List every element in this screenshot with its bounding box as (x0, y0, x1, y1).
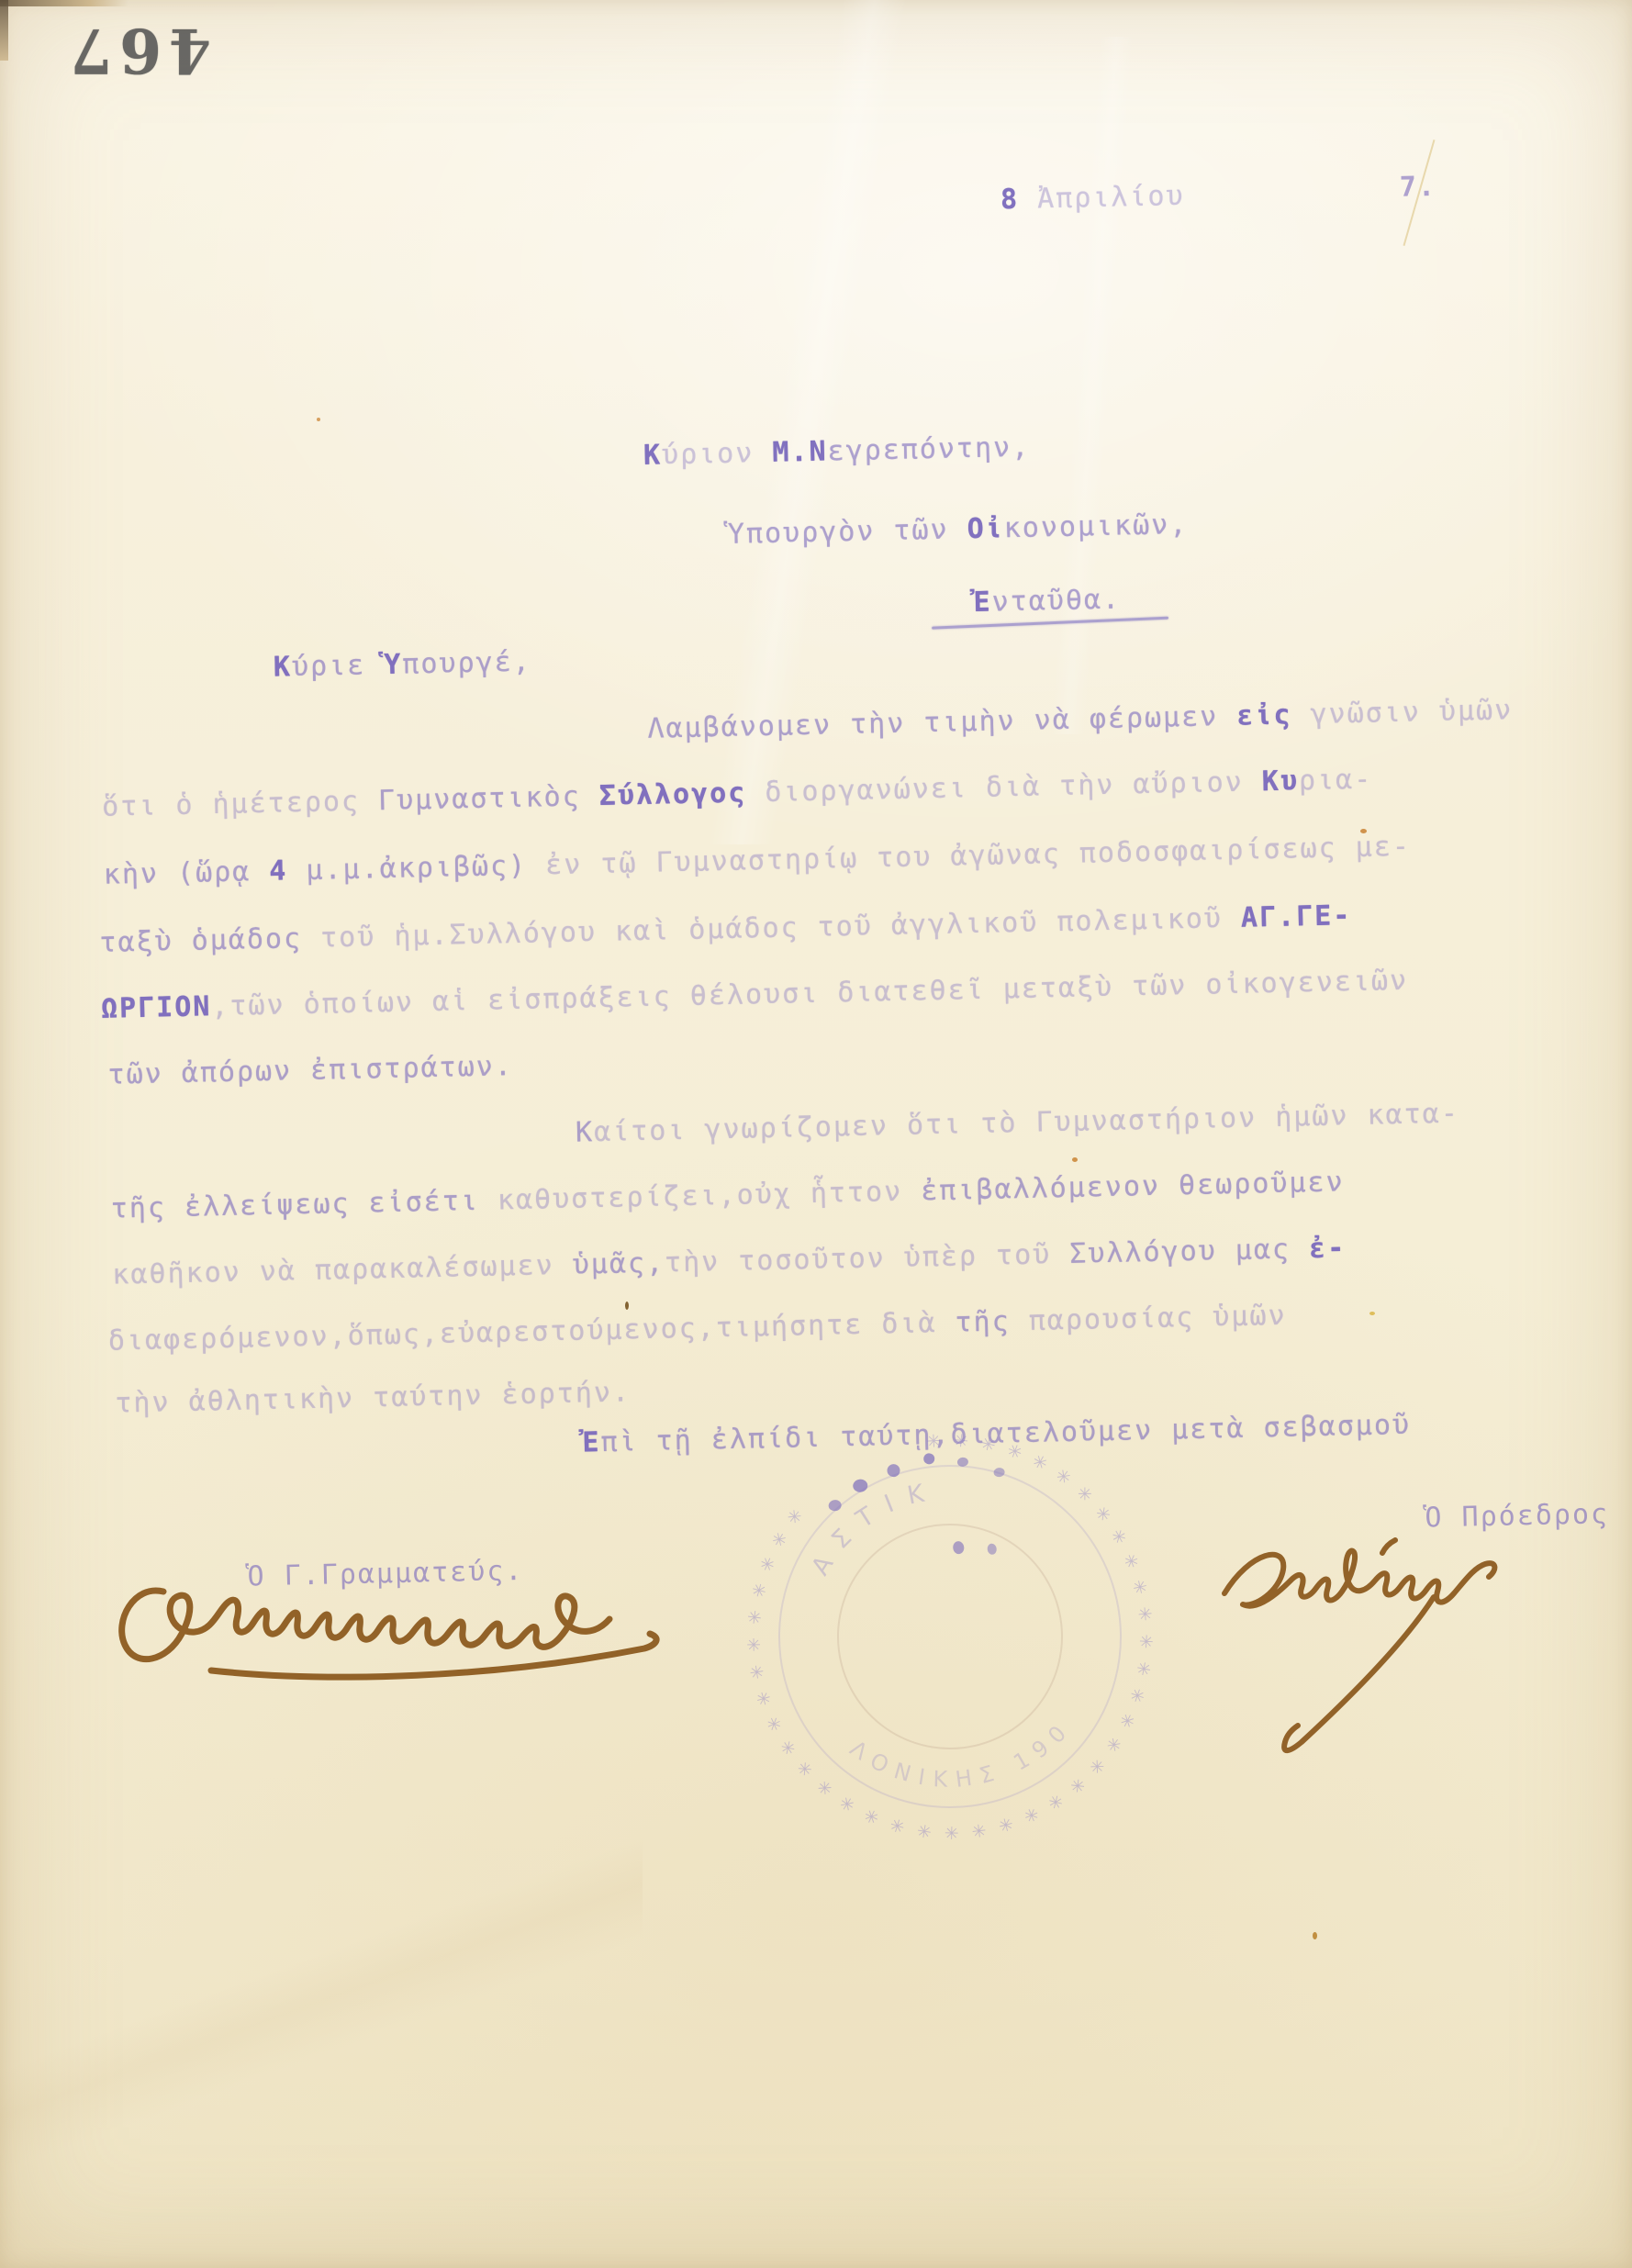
president-signature (1202, 1524, 1570, 1781)
body-line-7: Καίτοι γνωρίζομεν ὅτι τὸ Γυμναστήριον ἡμ… (576, 1098, 1460, 1149)
secretary-signature (110, 1549, 698, 1696)
body-line-10: διαφερόμενον,ὅπως,εὐαρεστούμενος,τιμήσητ… (108, 1300, 1287, 1357)
body-line-5: ΩΡΓΙΟΝ,τῶν ὁποίων αἱ εἰσπράξεις θέλουσι … (101, 965, 1409, 1025)
body-line-4: ταξὺ ὁμάδος τοῦ ἡμ.Συλλόγου καὶ ὁμάδος τ… (99, 899, 1352, 959)
salutation: Κύριε Ὑπουργέ, (274, 646, 532, 684)
typewritten-text-layer: 8 Ἀπριλίου 7. Κύριον Μ.Νεγρεπόντην, Ὑπου… (0, 0, 1632, 2267)
body-line-3: κὴν (ὥρᾳ 4 μ.μ.ἀκριβῶς) ἐν τῷ Γυμναστηρί… (103, 831, 1411, 891)
scanned-letter-page: 467 8 Ἀπριλίου 7. Κύριον Μ.Νεγρεπόντην, … (0, 0, 1632, 2268)
body-line-8: τῆς ἐλλείψεως εἰσέτι καθυστερίζει,οὐχ ἧτ… (110, 1166, 1345, 1224)
body-line-11: τὴν ἀθλητικὴν ταύτην ἑορτήν. (115, 1376, 631, 1419)
stamp-star-ring-icon: ✳✳✳✳✳✳✳✳✳✳✳✳✳✳✳✳✳✳✳✳✳✳✳✳✳✳✳✳✳✳✳✳✳✳✳✳✳✳✳✳ (721, 1407, 1179, 1866)
body-line-9: καθῆκον νὰ παρακαλέσωμεν ὑμᾶς,τὴν τοσοῦτ… (112, 1232, 1347, 1290)
place-underline (932, 617, 1168, 630)
date-day-month: 8 Ἀπριλίου (1000, 180, 1185, 216)
body-line-2: ὅτι ὁ ἡμέτερος Γυμναστικὸς Σύλλογος διορ… (102, 764, 1373, 823)
svg-text:ΑΣΤΙΚ: ΑΣΤΙΚ (798, 1477, 948, 1583)
recipient-name-line: Κύριον Μ.Νεγρεπόντην, (643, 431, 1031, 472)
recipient-title-line: Ὑπουργὸν τῶν Οἰκονομικῶν, (728, 508, 1189, 551)
stamp-top-arc-text: ΑΣΤΙΚ (798, 1477, 948, 1583)
recipient-place-line: Ἐνταῦθα. (973, 584, 1121, 619)
body-line-6: τῶν ἀπόρων ἐπιστράτων. (107, 1050, 513, 1091)
club-seal-stamp: ✳✳✳✳✳✳✳✳✳✳✳✳✳✳✳✳✳✳✳✳✳✳✳✳✳✳✳✳✳✳✳✳✳✳✳✳✳✳✳✳… (710, 1396, 1190, 1877)
body-line-1: Λαμβάνομεν τὴν τιμὴν νὰ φέρωμεν εἰς γνῶσ… (647, 694, 1513, 745)
stamp-ink-blotches (823, 1445, 1014, 1574)
date-year: 7. (1399, 171, 1436, 204)
